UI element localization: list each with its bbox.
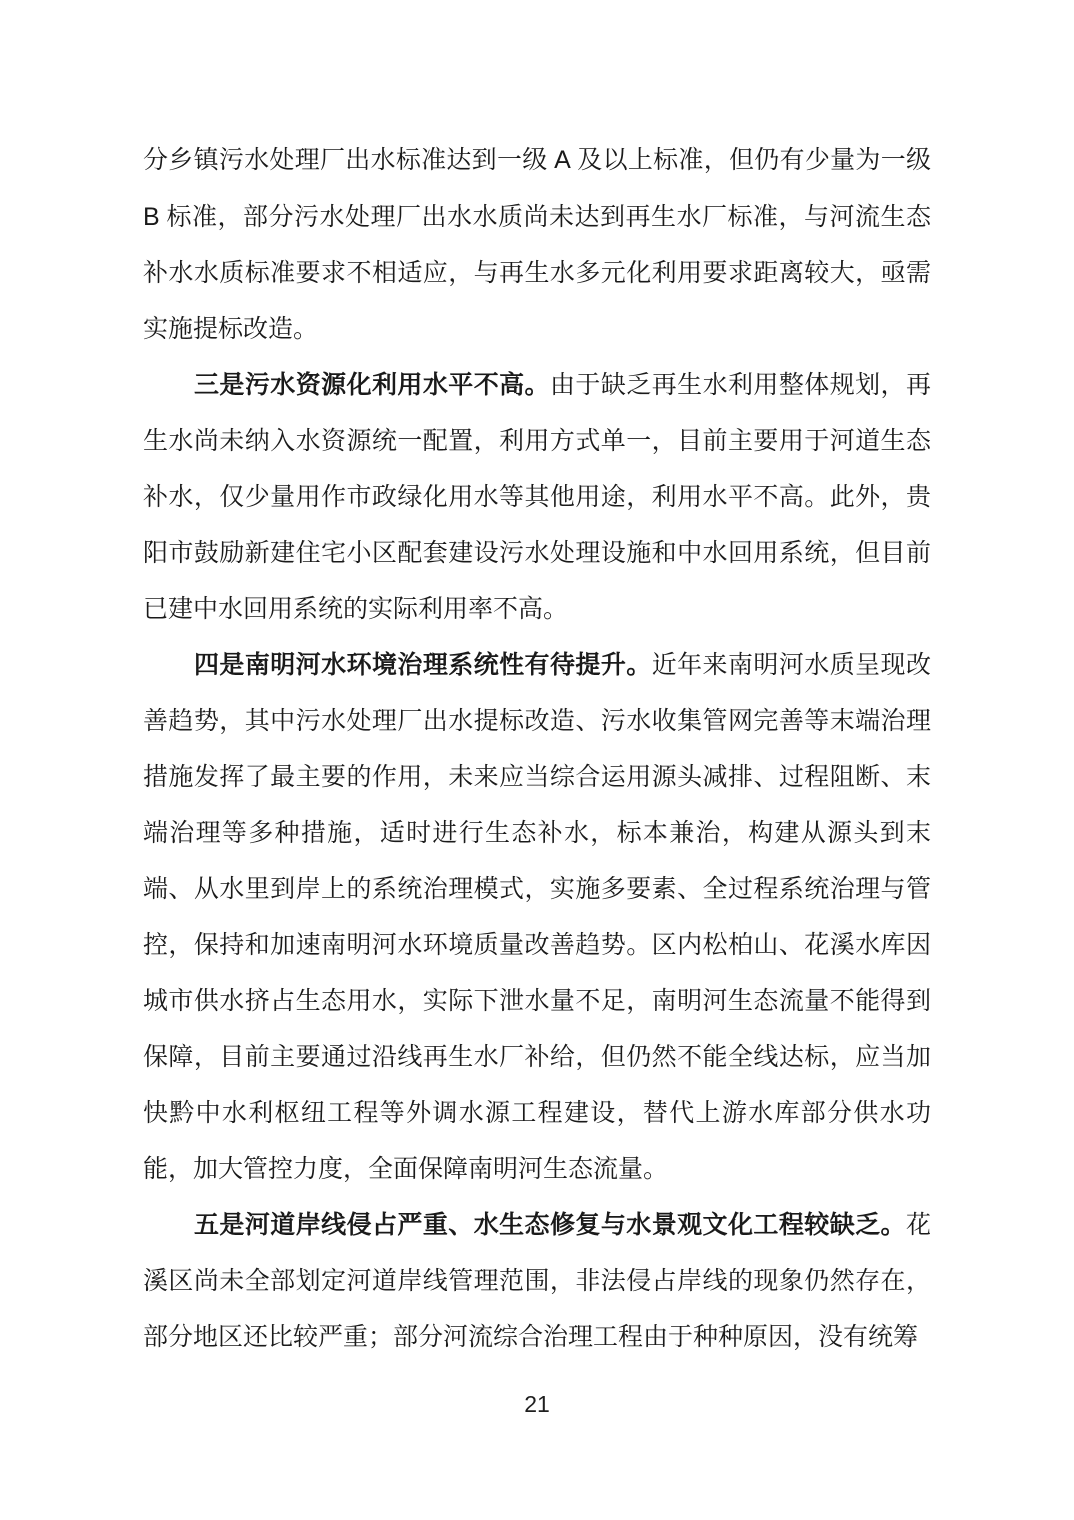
paragraph-text: 分乡镇污水处理厂出水标准达到一级 xyxy=(143,147,554,174)
text-block: 分乡镇污水处理厂出水标准达到一级 A 及以上标准，但仍有少量为一级 B 标准，部… xyxy=(143,132,931,1366)
paragraph-lead-bold: 四是南明河水环境治理系统性有待提升。 xyxy=(194,652,652,679)
document-page: 分乡镇污水处理厂出水标准达到一级 A 及以上标准，但仍有少量为一级 B 标准，部… xyxy=(0,0,1074,1520)
paragraph: 三是污水资源化利用水平不高。由于缺乏再生水利用整体规划，再生水尚未纳入水资源统一… xyxy=(143,358,931,638)
paragraph-text: 及以上标准，但仍有少量为一级 xyxy=(571,147,931,174)
paragraph-text: A xyxy=(554,146,571,174)
paragraph-text: 由于缺乏再生水利用整体规划，再生水尚未纳入水资源统一配置，利用方式单一，目前主要… xyxy=(143,372,931,623)
paragraph: 分乡镇污水处理厂出水标准达到一级 A 及以上标准，但仍有少量为一级 B 标准，部… xyxy=(143,132,931,358)
paragraph-text: 标准，部分污水处理厂出水水质尚未达到再生水厂标准，与河流生态补水水质标准要求不相… xyxy=(143,204,931,343)
paragraph: 四是南明河水环境治理系统性有待提升。近年来南明河水质呈现改善趋势，其中污水处理厂… xyxy=(143,638,931,1198)
paragraph-text: 近年来南明河水质呈现改善趋势，其中污水处理厂出水提标改造、污水收集管网完善等末端… xyxy=(143,652,931,1183)
paragraph-lead-bold: 三是污水资源化利用水平不高。 xyxy=(194,372,550,399)
paragraph-text: B xyxy=(143,203,160,231)
page-number: 21 xyxy=(0,1389,1074,1419)
paragraph: 五是河道岸线侵占严重、水生态修复与水景观文化工程较缺乏。花溪区尚未全部划定河道岸… xyxy=(143,1198,931,1366)
paragraph-lead-bold: 五是河道岸线侵占严重、水生态修复与水景观文化工程较缺乏。 xyxy=(194,1212,906,1239)
